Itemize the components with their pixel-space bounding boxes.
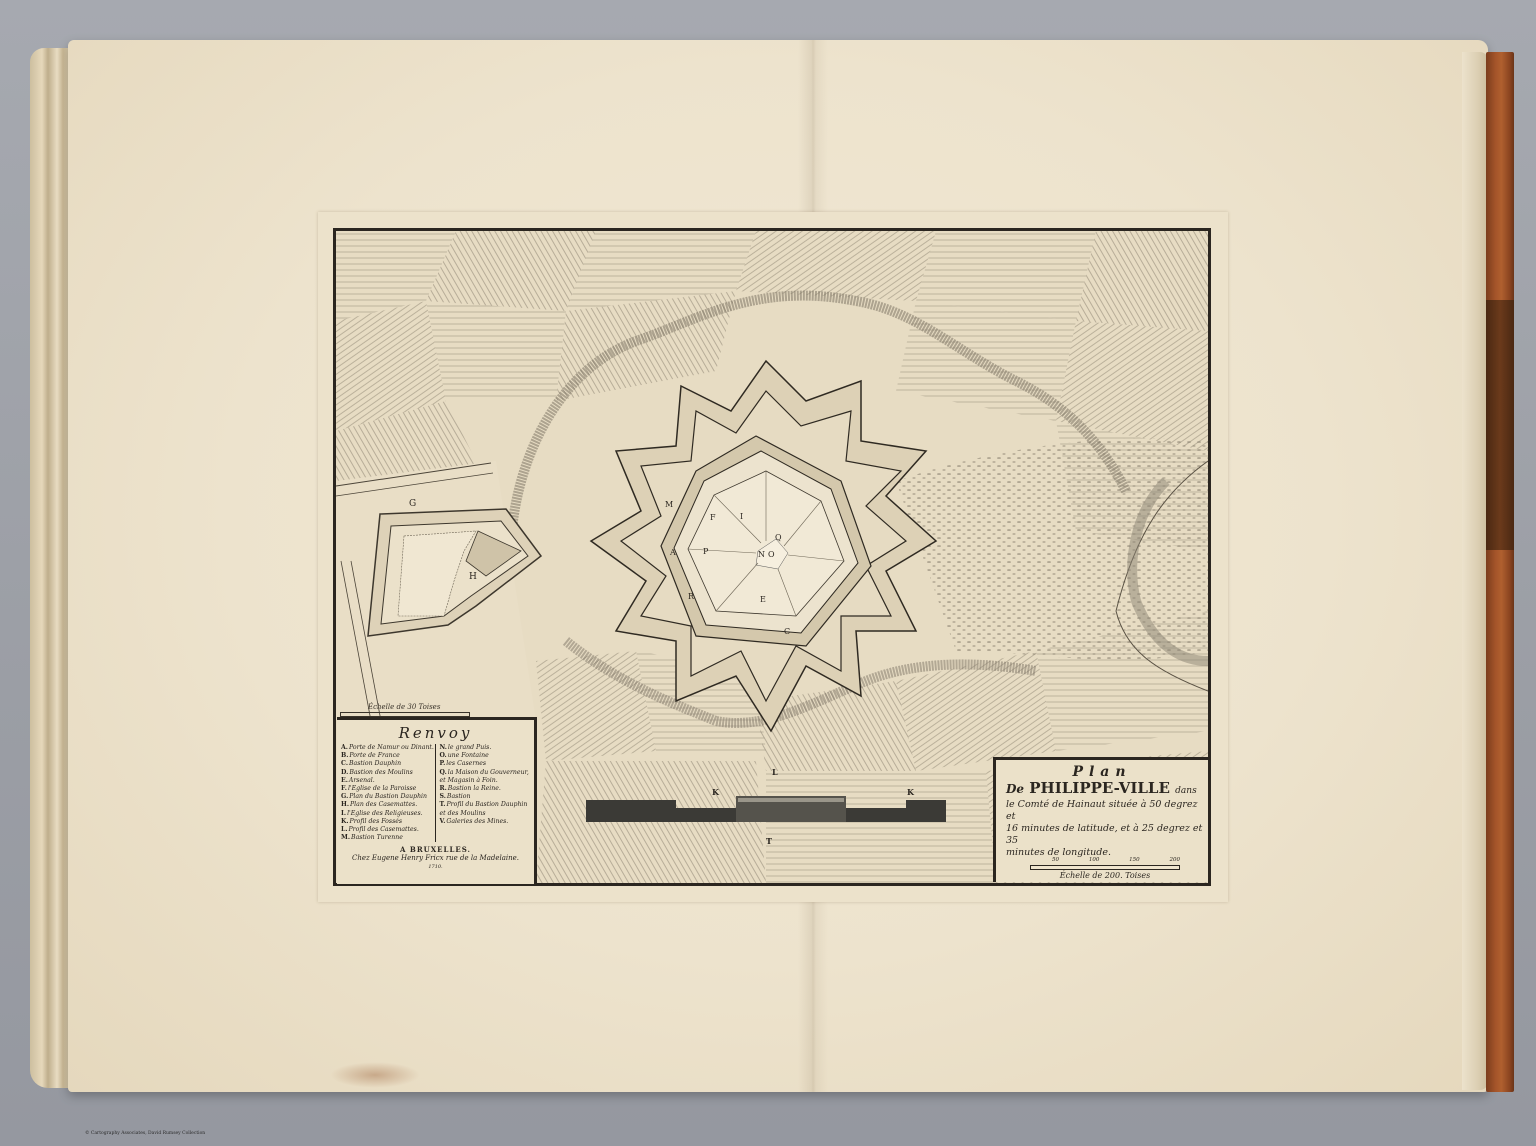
spine-wear bbox=[1486, 300, 1514, 550]
section-label-l: L bbox=[772, 767, 778, 777]
legend-item: P.les Casernes bbox=[440, 760, 531, 768]
town-label-a: A bbox=[670, 548, 676, 557]
map-title: De PHILIPPE-VILLE dans bbox=[1006, 780, 1208, 799]
town-label-p: P bbox=[703, 547, 708, 556]
legend-item: E.Arsenal. bbox=[341, 777, 432, 785]
legend-item: A.Porte de Namur ou Dinant. bbox=[341, 744, 432, 752]
legend-item: T.Profil du Bastion Dauphin et des Mouli… bbox=[440, 801, 531, 817]
legend-item: G.Plan du Bastion Dauphin bbox=[341, 793, 432, 801]
town-label-f: F bbox=[710, 513, 716, 522]
title-dans: dans bbox=[1175, 786, 1197, 796]
legend-item: L.Profil des Casemattes. bbox=[341, 826, 432, 834]
title-de: De bbox=[1006, 782, 1024, 796]
legend-item: I.l'Eglise des Religieuses. bbox=[341, 810, 432, 818]
inset-scale-label: Échelle de 30 Toises bbox=[368, 703, 470, 711]
section-label-t: T bbox=[766, 836, 772, 846]
imprint-city: A BRUXELLES. bbox=[337, 845, 534, 854]
renvoy-legend: Renvoy A.Porte de Namur ou Dinant. B.Por… bbox=[337, 717, 537, 884]
legend-item: S.Bastion bbox=[440, 793, 531, 801]
scale-ticks: 50100150200 bbox=[1030, 857, 1180, 863]
section-label-k-right: K bbox=[907, 787, 914, 797]
scale-label: Échelle de 200. Toises bbox=[1030, 871, 1180, 880]
inset-label-h: H bbox=[469, 572, 477, 582]
leather-spine bbox=[1486, 52, 1514, 1092]
imprint-publisher: Chez Eugene Henry Fricx rue de la Madela… bbox=[337, 854, 534, 863]
legend-item: K.Profil des Fossés bbox=[341, 818, 432, 826]
legend-item: Q.la Maison du Gouverneur, et Magasin à … bbox=[440, 769, 531, 785]
town-label-c: C bbox=[784, 627, 790, 636]
town-label-o: O bbox=[768, 550, 775, 559]
collection-credit: © Cartography Associates, David Rumsey C… bbox=[85, 1131, 205, 1136]
town-label-e: E bbox=[760, 595, 766, 604]
legend-item: H.Plan des Casemattes. bbox=[341, 801, 432, 809]
legend-item: D.Bastion des Moulins bbox=[341, 769, 432, 777]
imprint-year: 1710. bbox=[337, 863, 534, 872]
legend-item: B.Porte de France bbox=[341, 752, 432, 760]
legend-item: V.Galeries des Mines. bbox=[440, 818, 531, 826]
town-label-i: I bbox=[740, 512, 743, 521]
legend-item: R.Bastion la Reine. bbox=[440, 785, 531, 793]
title-name: PHILIPPE-VILLE bbox=[1029, 779, 1170, 797]
renvoy-title: Renvoy bbox=[337, 724, 534, 742]
imprint: A BRUXELLES. Chez Eugene Henry Fricx rue… bbox=[337, 845, 534, 872]
section-label-k-left: K bbox=[712, 787, 719, 797]
town-label-m: M bbox=[665, 500, 673, 509]
renvoy-right-column: N.le grand Puis. O.une Fontaine P.les Ca… bbox=[436, 744, 531, 842]
legend-item: M.Bastion Turenne bbox=[341, 834, 432, 842]
town-label-q: Q bbox=[775, 533, 782, 542]
legend-item: O.une Fontaine bbox=[440, 752, 531, 760]
legend-item: C.Bastion Dauphin bbox=[341, 760, 432, 768]
map-scale: 50100150200 Échelle de 200. Toises bbox=[1030, 857, 1180, 880]
town-label-n: N bbox=[758, 550, 765, 559]
town-label-r: R bbox=[688, 592, 694, 601]
renvoy-left-column: A.Porte de Namur ou Dinant. B.Porte de F… bbox=[341, 744, 436, 842]
inset-scale: Échelle de 30 Toises bbox=[340, 703, 470, 717]
scale-bar bbox=[1030, 865, 1180, 870]
page-edge-right bbox=[1462, 52, 1488, 1090]
description-line: le Comté de Hainaut située à 50 degrez e… bbox=[1006, 799, 1204, 823]
legend-item: N.le grand Puis. bbox=[440, 744, 531, 752]
title-description: le Comté de Hainaut située à 50 degrez e… bbox=[1006, 799, 1204, 859]
legend-item: F.l'Eglise de la Paroisse bbox=[341, 785, 432, 793]
page-stain bbox=[330, 1062, 420, 1088]
title-plan: Plan bbox=[996, 764, 1208, 780]
inset-label-g: G bbox=[409, 499, 416, 509]
description-line: 16 minutes de latitude, et à 25 degrez e… bbox=[1006, 823, 1204, 847]
